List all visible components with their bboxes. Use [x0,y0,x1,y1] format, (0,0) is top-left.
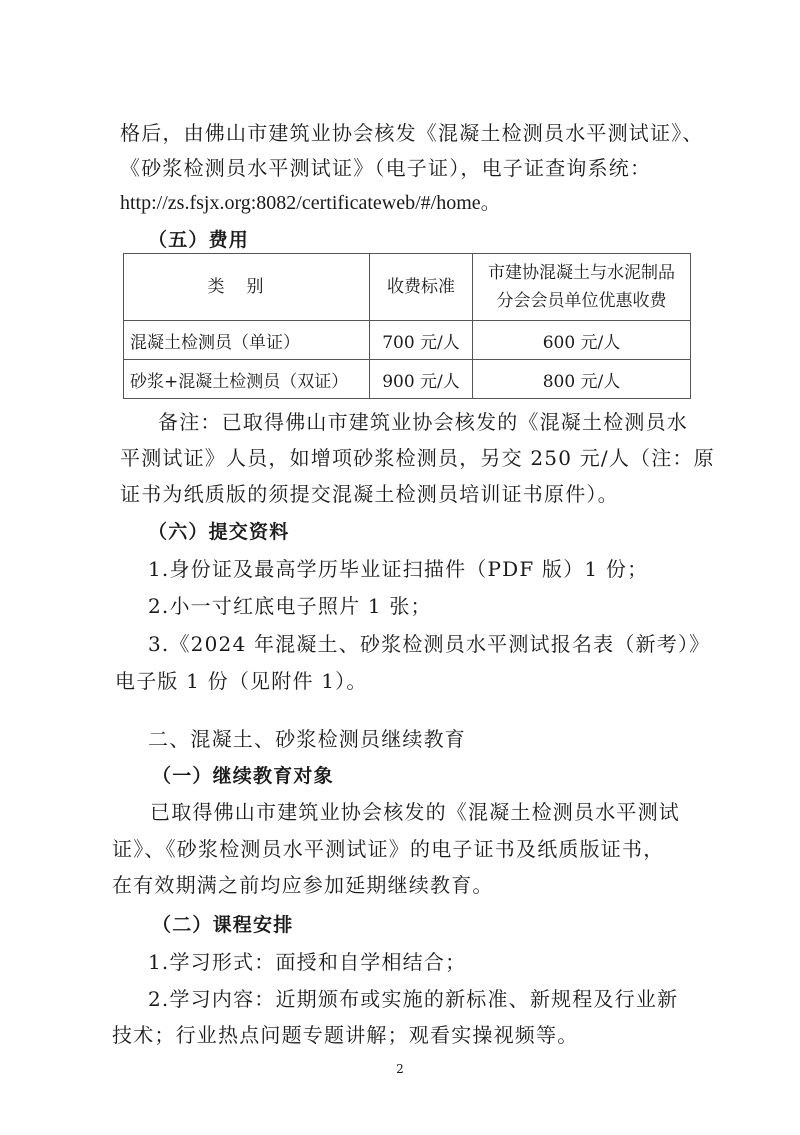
subsection-heading-target: （一）继续教育对象 [152,764,334,788]
body-line: 《砂浆检测员水平测试证》（电子证），电子证查询系统： [120,156,651,180]
list-item: 1.身份证及最高学历毕业证扫描件（PDF 版）1 份； [148,557,648,581]
url-link[interactable]: http://zs.fsjx.org:8082/certificateweb/#… [120,191,501,215]
cell-member: 800 元/人 [473,360,691,399]
header-category: 类别 [124,254,370,321]
subsection-heading-schedule: （二）课程安排 [152,913,293,937]
header-member-line2: 分会会员单位优惠收费 [479,287,684,315]
cell-standard: 900 元/人 [370,360,473,399]
section-heading-materials: （六）提交资料 [148,520,289,544]
cell-category: 混凝土检测员（单证） [124,321,370,360]
body-line: 证》、《砂浆检测员水平测试证》的电子证书及纸质版证书， [112,837,664,861]
cell-member: 600 元/人 [473,321,691,360]
body-line: 在有效期满之前均应参加延期继续教育。 [112,873,494,897]
fees-table: 类别 收费标准 市建协混凝土与水泥制品 分会会员单位优惠收费 混凝土检测员（单证… [123,253,691,399]
header-member-line1: 市建协混凝土与水泥制品 [479,259,684,287]
note-line: 平测试证》人员，如增项砂浆检测员，另交 250 元/人（注：原 [120,446,715,470]
body-line: 格后，由佛山市建筑业协会核发《混凝土检测员水平测试证》、 [120,121,704,145]
cell-standard: 700 元/人 [370,321,473,360]
list-item: 3.《2024 年混凝土、砂浆检测员水平测试报名表（新考）》 [148,632,710,656]
body-line: 已取得佛山市建筑业协会核发的《混凝土检测员水平测试 [150,800,680,824]
header-standard: 收费标准 [370,254,473,321]
cell-category: 砂浆+混凝土检测员（双证） [124,360,370,399]
list-item: 1.学习形式：面授和自学相结合； [148,950,466,974]
header-member: 市建协混凝土与水泥制品 分会会员单位优惠收费 [473,254,691,321]
section-heading-two: 二、混凝土、砂浆检测员继续教育 [148,727,466,751]
list-item: 2.学习内容：近期颁布或实施的新标准、新规程及行业新 [148,987,678,1011]
note-line: 证书为纸质版的须提交混凝土检测员培训证书原件）。 [120,482,619,506]
table-header-row: 类别 收费标准 市建协混凝土与水泥制品 分会会员单位优惠收费 [124,254,691,321]
list-item: 2.小一寸红底电子照片 1 张； [148,594,432,618]
table-row: 砂浆+混凝土检测员（双证） 900 元/人 800 元/人 [124,360,691,399]
list-item-continuation: 技术；行业热点问题专题讲解；观看实操视频等。 [112,1023,578,1047]
table-row: 混凝土检测员（单证） 700 元/人 600 元/人 [124,321,691,360]
note-line: 备注：已取得佛山市建筑业协会核发的《混凝土检测员水 [158,410,688,434]
list-item-continuation: 电子版 1 份（见附件 1）。 [115,669,368,693]
section-heading-fees: （五）费用 [148,228,249,252]
page-number: 2 [0,1062,800,1076]
